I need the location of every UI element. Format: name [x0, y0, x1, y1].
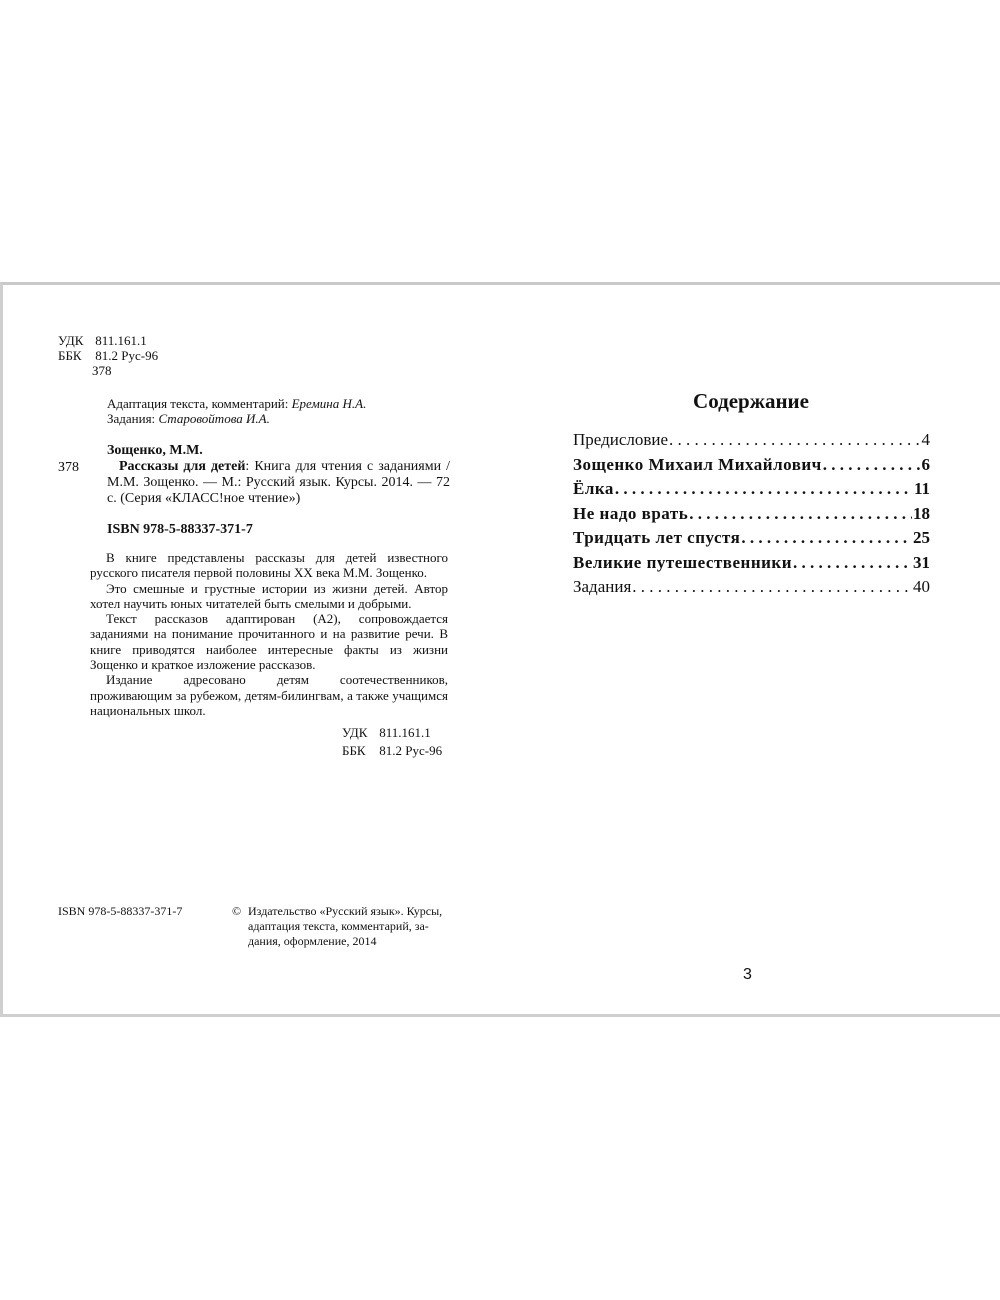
annotation-paragraph: Это смешные и грустные истории из жизни … [90, 581, 448, 612]
toc-entry-page: 40 [913, 577, 930, 597]
adaptation-name: Еремина Н.А. [292, 396, 367, 411]
toc-entry[interactable]: Задания40 [573, 577, 930, 602]
udk-value: 811.161.1 [379, 725, 431, 740]
annotation-paragraph: Текст рассказов адаптирован (А2), сопров… [90, 611, 448, 672]
toc-entry-page: 4 [922, 430, 931, 450]
tasks-prefix: Задания: [107, 411, 158, 426]
toc-leader-dots [615, 479, 913, 499]
bib-isbn: ISBN 978-5-88337-371-7 [107, 522, 253, 538]
copyright-line: адаптация текста, комментарий, за- [248, 919, 442, 934]
annotation-paragraph: В книге представлены рассказы для детей … [90, 550, 448, 581]
tasks-name: Старовойтова И.А. [158, 411, 269, 426]
toc-entry-label: Зощенко Михаил Михайлович [573, 455, 822, 475]
toc-entry[interactable]: Зощенко Михаил Михайлович6 [573, 455, 930, 480]
bbk-label: ББК [342, 743, 376, 758]
toc-entry-label: Великие путешественники [573, 553, 792, 573]
toc-entry-page: 6 [922, 455, 931, 475]
bib-author: Зощенко, М.М. [107, 443, 203, 459]
toc-entry-label: Ёлка [573, 479, 614, 499]
toc-entry-page: 11 [914, 479, 930, 499]
copyright-line: Издательство «Русский язык». Курсы, [248, 904, 442, 919]
toc-entry[interactable]: Не надо врать18 [573, 504, 930, 529]
toc-leader-dots [741, 528, 912, 548]
toc-entry-page: 25 [913, 528, 930, 548]
bbk-value: 81.2 Рус-96 [379, 743, 442, 758]
toc-leader-dots [669, 430, 920, 450]
bbk-line: ББК 81.2 Рус-96 [58, 348, 158, 363]
udk-label: УДК [58, 333, 92, 348]
bib-record: Рассказы для детей: Книга для чтения с з… [107, 459, 450, 507]
toc-entry-label: Не надо врать [573, 504, 688, 524]
copyright-symbol: © [232, 904, 241, 919]
toc-entry-label: Задания [573, 577, 631, 597]
toc-entry-page: 31 [913, 553, 930, 573]
toc-entry[interactable]: Предисловие4 [573, 430, 930, 455]
bib-title: Рассказы для детей [119, 459, 245, 474]
toc-leader-dots [632, 577, 912, 597]
udk-label: УДК [342, 725, 376, 740]
footer-isbn: ISBN 978-5-88337-371-7 [58, 904, 182, 919]
udk-line-bottom: УДК 811.161.1 [342, 725, 431, 740]
copyright-text: Издательство «Русский язык». Курсы, адап… [248, 904, 442, 949]
bbk-label: ББК [58, 348, 92, 363]
author-mark: З78 [92, 363, 112, 378]
annotation: В книге представлены рассказы для детей … [90, 550, 448, 718]
udk-value: 811.161.1 [95, 333, 147, 348]
copyright-line: дания, оформление, 2014 [248, 934, 442, 949]
toc-entry-label: Тридцать лет спустя [573, 528, 740, 548]
bib-side-mark: З78 [58, 460, 79, 476]
toc-title: Содержание [572, 389, 930, 414]
page-number: 3 [743, 966, 752, 984]
credits-adaptation: Адаптация текста, комментарий: Еремина Н… [107, 396, 366, 411]
credits-tasks: Задания: Старовойтова И.А. [107, 411, 270, 426]
toc-leader-dots [689, 504, 912, 524]
toc-entry[interactable]: Ёлка11 [573, 479, 930, 504]
toc-leader-dots [823, 455, 921, 475]
annotation-paragraph: Издание адресовано детям соотечественник… [90, 672, 448, 718]
toc-entry[interactable]: Великие путешественники31 [573, 553, 930, 578]
udk-line: УДК 811.161.1 [58, 333, 147, 348]
toc-entry-page: 18 [913, 504, 930, 524]
bbk-value: 81.2 Рус-96 [95, 348, 158, 363]
bbk-line-bottom: ББК 81.2 Рус-96 [342, 743, 442, 758]
adaptation-prefix: Адаптация текста, комментарий: [107, 396, 292, 411]
toc-entry[interactable]: Тридцать лет спустя25 [573, 528, 930, 553]
toc-entry-label: Предисловие [573, 430, 668, 450]
toc-leader-dots [793, 553, 912, 573]
table-of-contents: Предисловие4Зощенко Михаил Михайлович6Ёл… [573, 430, 930, 602]
